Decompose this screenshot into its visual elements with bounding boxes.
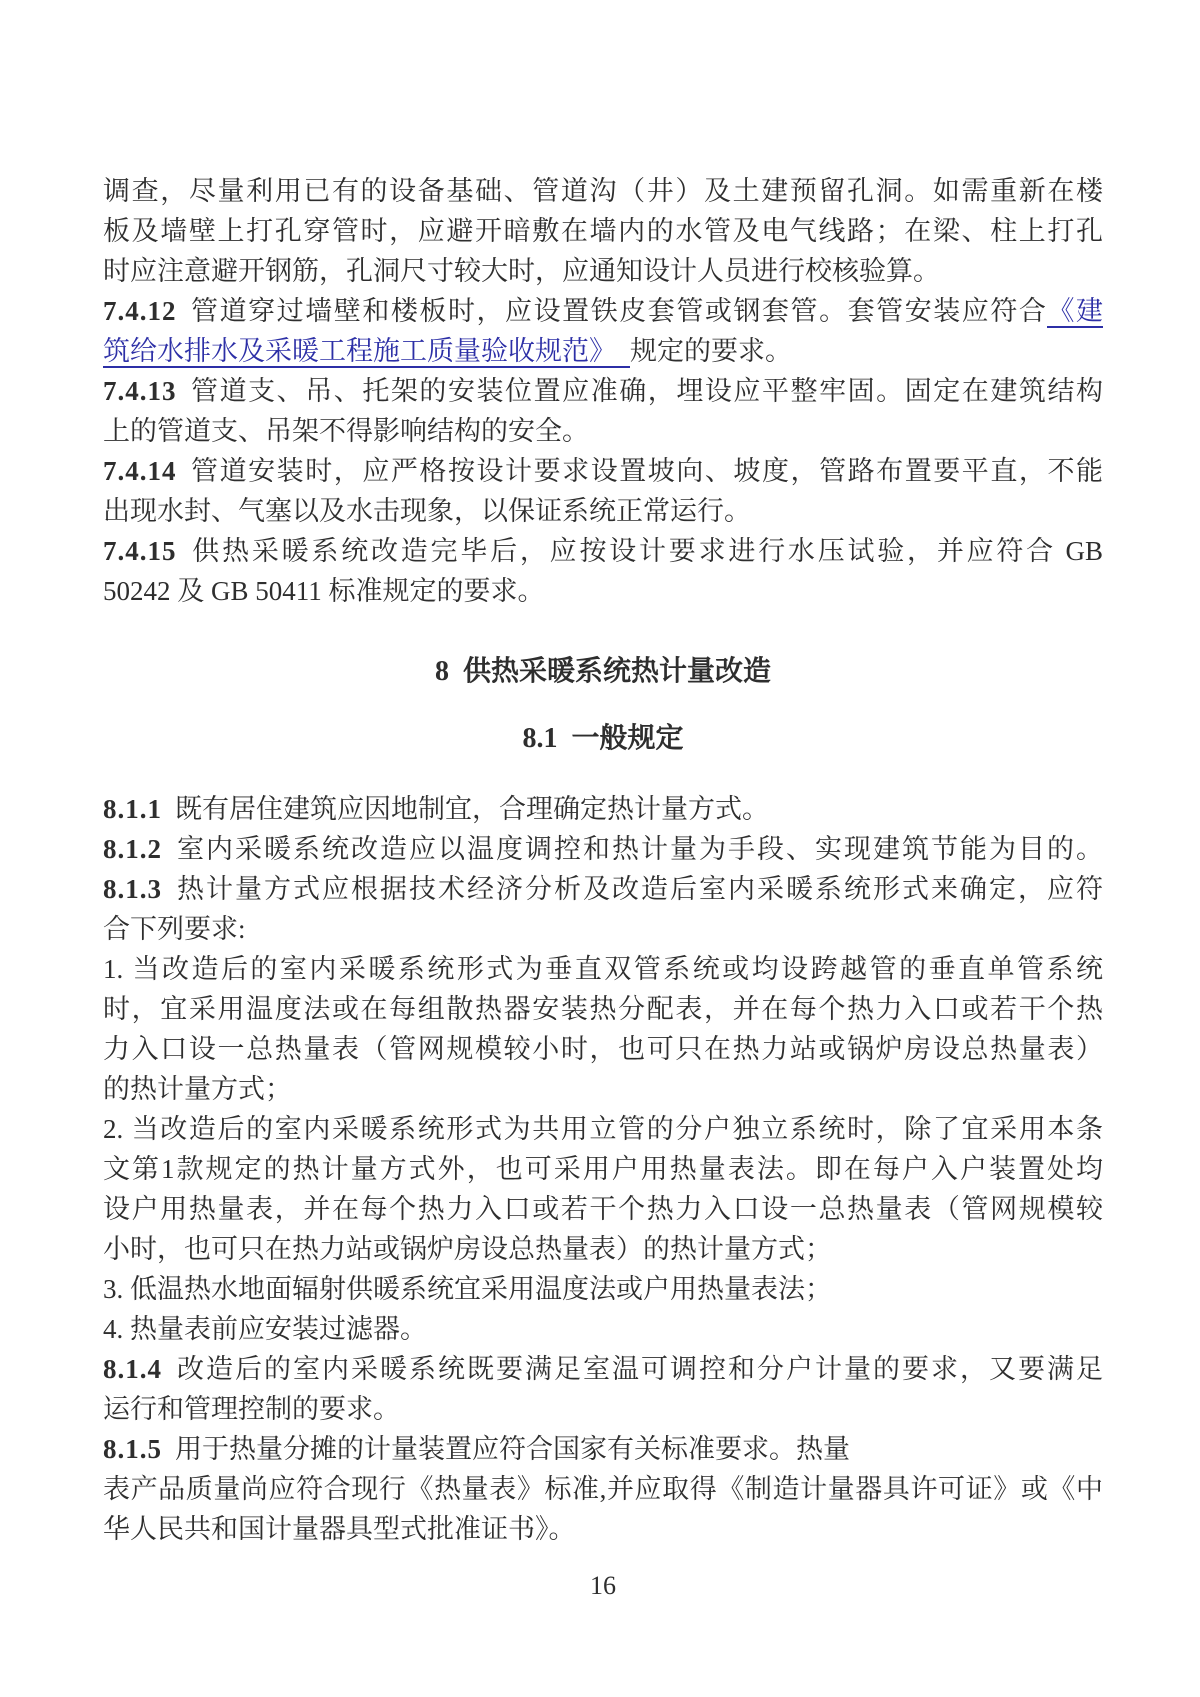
- list-item-3-line-1: 3. 低温热水地面辐射供暖系统宜采用温度法或户用热量表法；: [103, 1269, 1103, 1309]
- list-item-2-line-3: 设户用热量表，并在每个热力入口或若干个热力入口设一总热量表（管网规模较: [103, 1189, 1103, 1229]
- section-8-1-body: 8.1.1既有居住建筑应因地制宜，合理确定热计量方式。 8.1.2室内采暖系统改…: [103, 789, 1103, 1549]
- body-text: 文第1款规定的热计量方式外，也可采用户用热量表法。即在每户入户装置处均: [103, 1154, 1103, 1184]
- clause-number: 8.1.4: [103, 1354, 162, 1384]
- body-text: 华人民共和国计量器具型式批准证书》。: [103, 1514, 576, 1544]
- list-item-1-line-4: 的热计量方式；: [103, 1069, 1103, 1109]
- body-text: 出现水封、气塞以及水击现象，以保证系统正常运行。: [103, 496, 751, 526]
- clause-8-1-4-line-1: 8.1.4改造后的室内采暖系统既要满足室温可调控和分户计量的要求，又要满足: [103, 1349, 1103, 1389]
- clause-8-1-4-line-2: 运行和管理控制的要求。: [103, 1389, 1103, 1429]
- clause-7-4-13-line-1: 7.4.13管道支、吊、托架的安装位置应准确，埋设应平整牢固。固定在建筑结构: [103, 371, 1103, 411]
- clause-number: 7.4.12: [103, 296, 177, 326]
- body-text: 热计量方式应根据技术经济分析及改造后室内采暖系统形式来确定，应符: [175, 874, 1103, 904]
- list-item-1-line-2: 时，宜采用温度法或在每组散热器安装热分配表，并在每个热力入口或若干个热: [103, 989, 1103, 1029]
- body-text: 时应注意避开钢筋，孔洞尺寸较大时，应通知设计人员进行校核验算。: [103, 256, 940, 286]
- body-text: 既有居住建筑应因地制宜，合理确定热计量方式。: [175, 794, 769, 824]
- clause-number: 7.4.14: [103, 456, 177, 486]
- body-text: 供热采暖系统改造完毕后，应按设计要求进行水压试验，并应符合 GB: [190, 536, 1104, 566]
- clause-8-1-5-line-2: 表产品质量尚应符合现行《热量表》标准,并应取得《制造计量器具许可证》或《中: [103, 1469, 1103, 1509]
- body-text: 1. 当改造后的室内采暖系统形式为垂直双管系统或均设跨越管的垂直单管系统: [103, 954, 1103, 984]
- body-text: 力入口设一总热量表（管网规模较小时，也可只在热力站或锅炉房设总热量表）: [103, 1034, 1103, 1064]
- clause-7-4-11-continuation-line-2: 板及墙壁上打孔穿管时，应避开暗敷在墙内的水管及电气线路；在梁、柱上打孔: [103, 211, 1103, 251]
- clause-8-1-2-line-1: 8.1.2室内采暖系统改造应以温度调控和热计量为手段、实现建筑节能为目的。: [103, 829, 1103, 869]
- standard-reference-link-end[interactable]: 筑给水排水及采暖工程施工质量验收规范》: [103, 336, 630, 368]
- clause-7-4-15-line-2: 50242 及 GB 50411 标准规定的要求。: [103, 571, 1103, 611]
- body-text: 时，宜采用温度法或在每组散热器安装热分配表，并在每个热力入口或若干个热: [103, 994, 1103, 1024]
- list-item-1-line-1: 1. 当改造后的室内采暖系统形式为垂直双管系统或均设跨越管的垂直单管系统: [103, 949, 1103, 989]
- body-text: 规定的要求。: [630, 336, 792, 366]
- body-text: 板及墙壁上打孔穿管时，应避开暗敷在墙内的水管及电气线路；在梁、柱上打孔: [103, 216, 1103, 246]
- body-text: 50242 及 GB 50411 标准规定的要求。: [103, 576, 545, 606]
- clause-7-4-14-line-2: 出现水封、气塞以及水击现象，以保证系统正常运行。: [103, 491, 1103, 531]
- body-text: 设户用热量表，并在每个热力入口或若干个热力入口设一总热量表（管网规模较: [103, 1194, 1103, 1224]
- body-text: 改造后的室内采暖系统既要满足室温可调控和分户计量的要求，又要满足: [175, 1354, 1103, 1384]
- clause-number: 7.4.15: [103, 536, 177, 566]
- body-text: 管道支、吊、托架的安装位置应准确，埋设应平整牢固。固定在建筑结构: [190, 376, 1104, 406]
- section-8-1-heading: 8.1 一般规定: [103, 719, 1103, 759]
- clause-8-1-5-line-1: 8.1.5用于热量分摊的计量装置应符合国家有关标准要求。热量: [103, 1429, 1103, 1469]
- body-text: 4. 热量表前应安装过滤器。: [103, 1314, 427, 1344]
- body-text: 表产品质量尚应符合现行《热量表》标准,并应取得《制造计量器具许可证》或《中: [103, 1474, 1103, 1504]
- clause-7-4-11-continuation-line-3: 时应注意避开钢筋，孔洞尺寸较大时，应通知设计人员进行校核验算。: [103, 251, 1103, 291]
- body-text: 管道安装时，应严格按设计要求设置坡向、坡度，管路布置要平直，不能: [190, 456, 1104, 486]
- chapter-8-heading: 8 供热采暖系统热计量改造: [103, 652, 1103, 692]
- body-text: 小时，也可只在热力站或锅炉房设总热量表）的热计量方式；: [103, 1234, 832, 1264]
- body-text: 调查，尽量利用已有的设备基础、管道沟（井）及土建预留孔洞。如需重新在楼: [103, 176, 1103, 206]
- body-text: 运行和管理控制的要求。: [103, 1394, 400, 1424]
- body-text: 上的管道支、吊架不得影响结构的安全。: [103, 416, 589, 446]
- clause-7-4-12-line-2: 筑给水排水及采暖工程施工质量验收规范》规定的要求。: [103, 331, 1103, 371]
- clause-7-4-11-continuation-line-1: 调查，尽量利用已有的设备基础、管道沟（井）及土建预留孔洞。如需重新在楼: [103, 171, 1103, 211]
- clause-number: 8.1.2: [103, 834, 162, 864]
- page-number: 16: [103, 1571, 1103, 1601]
- clause-8-1-5-line-3: 华人民共和国计量器具型式批准证书》。: [103, 1509, 1103, 1549]
- list-item-2-line-2: 文第1款规定的热计量方式外，也可采用户用热量表法。即在每户入户装置处均: [103, 1149, 1103, 1189]
- page-content: 调查，尽量利用已有的设备基础、管道沟（井）及土建预留孔洞。如需重新在楼 板及墙壁…: [103, 171, 1103, 1601]
- clause-7-4-14-line-1: 7.4.14管道安装时，应严格按设计要求设置坡向、坡度，管路布置要平直，不能: [103, 451, 1103, 491]
- clause-7-4-12-line-1: 7.4.12管道穿过墙壁和楼板时，应设置铁皮套管或钢套管。套管安装应符合《建: [103, 291, 1103, 331]
- list-item-1-line-3: 力入口设一总热量表（管网规模较小时，也可只在热力站或锅炉房设总热量表）: [103, 1029, 1103, 1069]
- list-item-2-line-4: 小时，也可只在热力站或锅炉房设总热量表）的热计量方式；: [103, 1229, 1103, 1269]
- clause-7-4-13-line-2: 上的管道支、吊架不得影响结构的安全。: [103, 411, 1103, 451]
- body-text: 用于热量分摊的计量装置应符合国家有关标准要求。热量: [175, 1434, 850, 1464]
- clause-number: 8.1.3: [103, 874, 162, 904]
- list-item-4-line-1: 4. 热量表前应安装过滤器。: [103, 1309, 1103, 1349]
- list-item-2-line-1: 2. 当改造后的室内采暖系统形式为共用立管的分户独立系统时，除了宜采用本条: [103, 1109, 1103, 1149]
- body-text: 管道穿过墙壁和楼板时，应设置铁皮套管或钢套管。套管安装应符合: [190, 296, 1048, 326]
- clause-number: 8.1.1: [103, 794, 162, 824]
- body-text: 3. 低温热水地面辐射供暖系统宜采用温度法或户用热量表法；: [103, 1274, 832, 1304]
- body-text: 合下列要求:: [103, 914, 246, 944]
- body-text: 室内采暖系统改造应以温度调控和热计量为手段、实现建筑节能为目的。: [175, 834, 1103, 864]
- document-page: 调查，尽量利用已有的设备基础、管道沟（井）及土建预留孔洞。如需重新在楼 板及墙壁…: [0, 0, 1200, 1697]
- clause-7-4-15-line-1: 7.4.15供热采暖系统改造完毕后，应按设计要求进行水压试验，并应符合 GB: [103, 531, 1103, 571]
- clause-8-1-3-line-2: 合下列要求:: [103, 909, 1103, 949]
- clause-number: 8.1.5: [103, 1434, 162, 1464]
- clause-8-1-1-line-1: 8.1.1既有居住建筑应因地制宜，合理确定热计量方式。: [103, 789, 1103, 829]
- clause-8-1-3-line-1: 8.1.3热计量方式应根据技术经济分析及改造后室内采暖系统形式来确定，应符: [103, 869, 1103, 909]
- standard-reference-link-start[interactable]: 《建: [1047, 296, 1103, 328]
- clause-number: 7.4.13: [103, 376, 177, 406]
- body-text: 的热计量方式；: [103, 1074, 292, 1104]
- body-text: 2. 当改造后的室内采暖系统形式为共用立管的分户独立系统时，除了宜采用本条: [103, 1114, 1103, 1144]
